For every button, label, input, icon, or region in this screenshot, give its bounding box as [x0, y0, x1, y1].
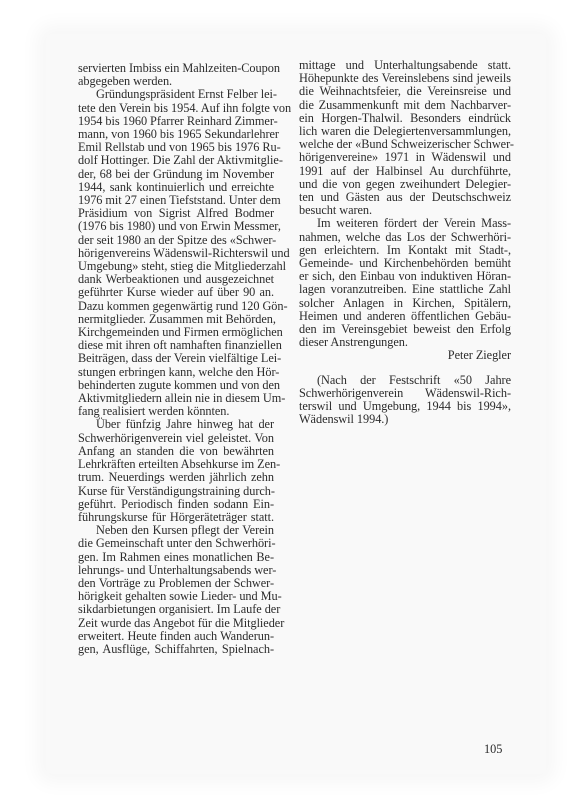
- page-number: 105: [484, 742, 502, 757]
- text-line: lagen voranzutreiben. Eine stattliche Za…: [299, 283, 511, 296]
- text-line: Im weiteren fördert der Verein Mass-: [299, 217, 511, 230]
- text-line: solcher Anlagen in Kirchen, Spitälern,: [299, 297, 511, 310]
- text-line: hörigenvereine» 1971 in Wädenswil und: [299, 151, 511, 164]
- text-line: sikdarbietungen organisiert. Im Laufe de…: [78, 603, 274, 616]
- text-line: geführter Kurse wieder auf über 90 an.: [78, 286, 274, 299]
- text-line: stungen erbringen kann, welche den Hör-: [78, 366, 274, 379]
- text-line: gen. Im Rahmen eines monatlichen Be-: [78, 551, 274, 564]
- right-column: mittage und Unterhaltungsabende statt. H…: [299, 59, 511, 426]
- text-line: Zeit wurde das Angebot für die Mitgliede…: [78, 617, 274, 630]
- text-line: Dazu kommen gegenwärtig rund 120 Gön-: [78, 300, 274, 313]
- text-line: (Nach der Festschrift «50 Jahre: [299, 374, 511, 387]
- text-line: geführt. Periodisch finden sodann Ein-: [78, 498, 274, 511]
- text-line: die Zusammenkunft mit dem Nachbarver-: [299, 99, 511, 112]
- text-line: lehrungs- und Unterhaltungsabends wer-: [78, 564, 274, 577]
- text-line: der, 68 bei der Gründung im November: [78, 168, 274, 181]
- text-line: 1991 auf der Halbinsel Au durchführte,: [299, 165, 511, 178]
- text-line: Schwerhörigenverein viel geleistet. Von: [78, 432, 274, 445]
- text-line: die Weihnachtsfeier, die Vereinsreise un…: [299, 85, 511, 98]
- paragraph: mittage und Unterhaltungsabende statt. H…: [299, 59, 511, 217]
- text-line: tete den Verein bis 1954. Auf ihn folgte…: [78, 102, 274, 115]
- text-line: der seit 1980 an der Spitze des «Schwer-: [78, 234, 274, 247]
- paragraph: Im weiteren fördert der Verein Mass- nah…: [299, 217, 511, 349]
- paragraph: Neben den Kursen pflegt der Verein die G…: [78, 524, 274, 656]
- text-line: Gründungspräsident Ernst Felber lei-: [78, 88, 274, 101]
- text-line: Beiträgen, dass der Verein vielfältige L…: [78, 352, 274, 365]
- text-line: trum. Neuerdings werden jährlich zehn: [78, 471, 274, 484]
- text-line: Wädenswil 1994.): [299, 413, 511, 426]
- text-line: die Gemeinschaft unter den Schwerhöri-: [78, 537, 274, 550]
- author-signature: Peter Ziegler: [299, 349, 511, 362]
- paragraph: Über fünfzig Jahre hinweg hat der Schwer…: [78, 418, 274, 524]
- text-line: (1976 bis 1980) und von Erwin Messmer,: [78, 220, 274, 233]
- paragraph: servierten Imbiss ein Mahlzeiten-Coupon …: [78, 62, 274, 88]
- text-line: dolf Hottinger. Die Zahl der Aktivmitgli…: [78, 154, 274, 167]
- citation: (Nach der Festschrift «50 Jahre Schwerhö…: [299, 374, 511, 427]
- text-line: Über fünfzig Jahre hinweg hat der: [78, 418, 274, 431]
- text-line: nahmen, welche das Los der Schwerhöri-: [299, 231, 511, 244]
- left-column: servierten Imbiss ein Mahlzeiten-Coupon …: [78, 62, 274, 656]
- text-line: gen, Ausflüge, Schiffahrten, Spielnach-: [78, 643, 274, 656]
- text-line: erweitert. Heute finden auch Wanderun-: [78, 630, 274, 643]
- text-line: Kurse für Verständigungstraining durch-: [78, 485, 274, 498]
- paragraph: Gründungspräsident Ernst Felber lei- tet…: [78, 88, 274, 418]
